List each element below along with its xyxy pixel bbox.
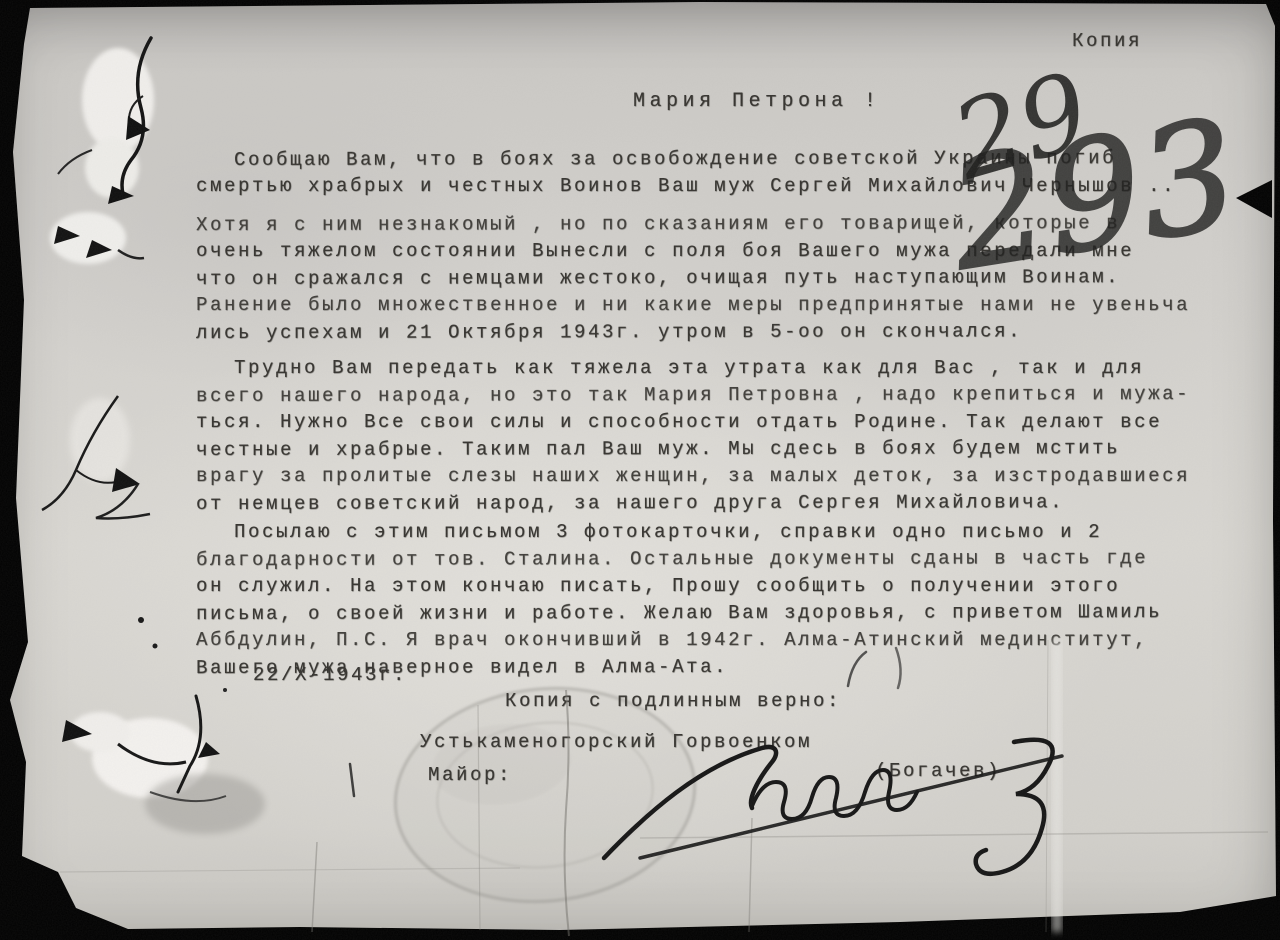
letter-paper: [0, 0, 1280, 940]
scanned-letter-photo: Копия Мария Петрона ! Сообщаю Вам, что в…: [0, 0, 1280, 940]
